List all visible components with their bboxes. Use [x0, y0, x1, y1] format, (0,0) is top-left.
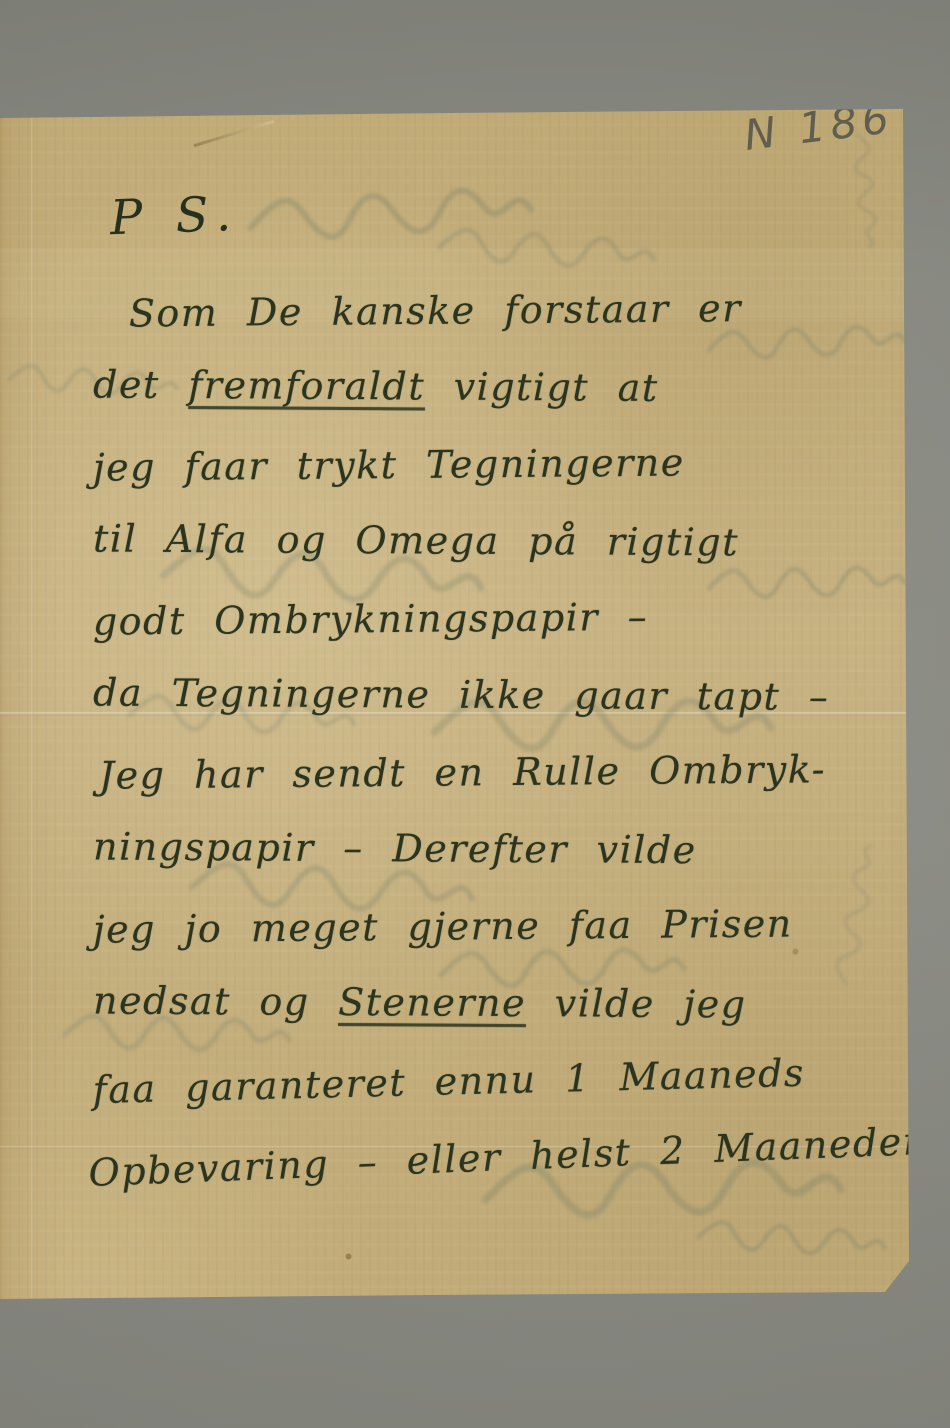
letter-line: jeg faar trykt Tegningerne	[93, 438, 924, 522]
postscript-heading: P S.	[109, 186, 241, 247]
letter-line: godt Ombrykningspapir –	[93, 592, 924, 676]
letter-line: det fremforaldt vigtigt at	[93, 362, 924, 444]
paper-stain	[345, 1253, 352, 1260]
letter-line: til Alfa og Omega på rigtigt	[93, 516, 924, 598]
letter-line: ningspapir – Derefter vilde	[93, 824, 924, 906]
letter-line: Som De kanske forstaar er	[129, 285, 924, 369]
photo-background: N 186 P S. Som De kanske forstaar erdet …	[0, 0, 950, 1428]
letter-body: Som De kanske forstaar erdet fremforaldt…	[93, 288, 923, 1212]
paper-crease-vertical	[31, 118, 34, 1298]
letter-line: jeg jo meget gjerne faa Prisen	[93, 900, 924, 984]
letter-line: da Tegningerne ikke gaar tapt –	[93, 670, 924, 752]
underlined-word: Stenerne	[338, 980, 526, 1025]
letter-line: Jeg har sendt en Rulle Ombryk-	[99, 746, 924, 830]
letter-line: nedsat og Stenerne vilde jeg	[93, 978, 924, 1060]
letter-page: N 186 P S. Som De kanske forstaar erdet …	[0, 0, 950, 1428]
underlined-word: fremforaldt	[188, 363, 425, 408]
